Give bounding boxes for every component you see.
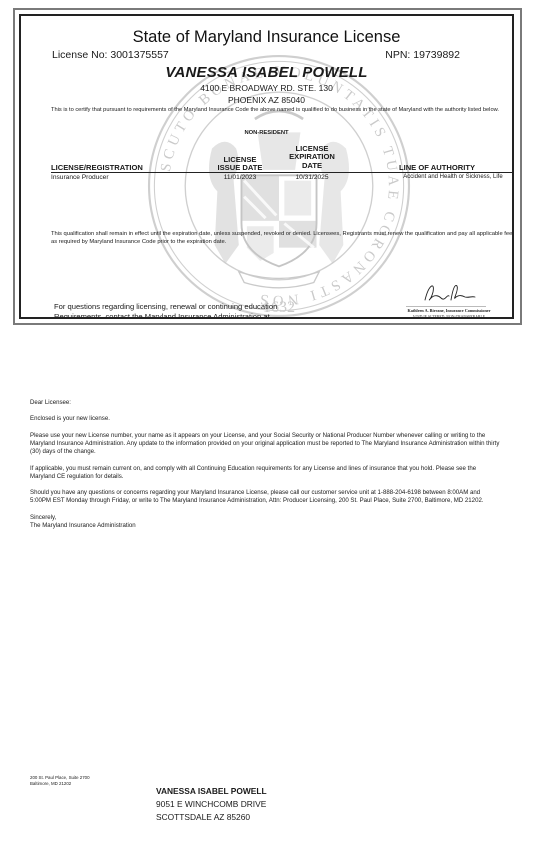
table-cell-line-of-authority: Accident and Health or Sickness, Life — [367, 174, 514, 180]
contact-line1: For questions regarding licensing, renew… — [54, 302, 304, 312]
column-header-issue-date: LICENSE ISSUE DATE — [213, 156, 267, 173]
table-header-divider — [51, 172, 514, 173]
table-cell-expiration-date: 10/31/2025 — [280, 174, 344, 181]
certification-statement: This is to certify that pursuant to requ… — [51, 107, 514, 114]
letter-signoff: The Maryland Insurance Administration — [30, 522, 500, 530]
licensee-address-line1: 4100 E BROADWAY RD. STE. 130 — [21, 83, 512, 93]
license-certificate: SCUTO BONAE VOLUNTATIS TUAE CORONASTI NO… — [19, 14, 514, 319]
signature-line — [406, 306, 486, 307]
signer-title: Kathleen A. Birrane, Insurance Commissio… — [389, 308, 509, 313]
return-address-line2: Baltimore, MD 21202 — [30, 781, 90, 787]
letter-salutation: Dear Licensee: — [30, 399, 500, 407]
letter-paragraph: Should you have any questions or concern… — [30, 489, 500, 505]
residency-status: NON-RESIDENT — [21, 130, 512, 136]
npn-number: NPN: 19739892 — [385, 49, 460, 61]
letter-paragraph: Please use your new License number, your… — [30, 432, 500, 457]
recipient-name: VANESSA ISABEL POWELL — [156, 785, 267, 798]
column-header-expiration-date: LICENSE EXPIRATION DATE — [280, 145, 344, 170]
qualification-statement: This qualification shall remain in effec… — [51, 230, 514, 246]
certificate-title: State of Maryland Insurance License — [21, 28, 512, 47]
recipient-address-line2: SCOTTSDALE AZ 85260 — [156, 811, 267, 824]
contact-info: For questions regarding licensing, renew… — [54, 302, 304, 319]
letter-closing: Sincerely, — [30, 514, 500, 522]
void-notice: VOID IF ALTERED, NON-TRANSFERABLE — [389, 315, 509, 319]
licensee-name: VANESSA ISABEL POWELL — [21, 64, 512, 81]
recipient-address-line1: 9051 E WINCHCOMB DRIVE — [156, 798, 267, 811]
commissioner-signature-icon — [419, 280, 479, 306]
license-number: License No: 3001375557 — [52, 49, 169, 61]
return-address-line1: 200 St. Paul Place, Suite 2700 — [30, 775, 90, 781]
table-cell-issue-date: 11/01/2023 — [213, 174, 267, 181]
cover-letter: Dear Licensee: Enclosed is your new lice… — [30, 399, 500, 530]
contact-line2: Requirements, contact the Maryland Insur… — [54, 312, 304, 319]
letter-paragraph: Enclosed is your new license. — [30, 415, 500, 423]
table-cell-registration: Insurance Producer — [51, 174, 109, 181]
return-address: 200 St. Paul Place, Suite 2700 Baltimore… — [30, 775, 90, 786]
recipient-address: VANESSA ISABEL POWELL 9051 E WINCHCOMB D… — [156, 785, 267, 824]
letter-paragraph: If applicable, you must remain current o… — [30, 465, 500, 481]
licensee-address-line2: PHOENIX AZ 85040 — [21, 95, 512, 105]
expiration-header-line3: DATE — [280, 162, 344, 170]
